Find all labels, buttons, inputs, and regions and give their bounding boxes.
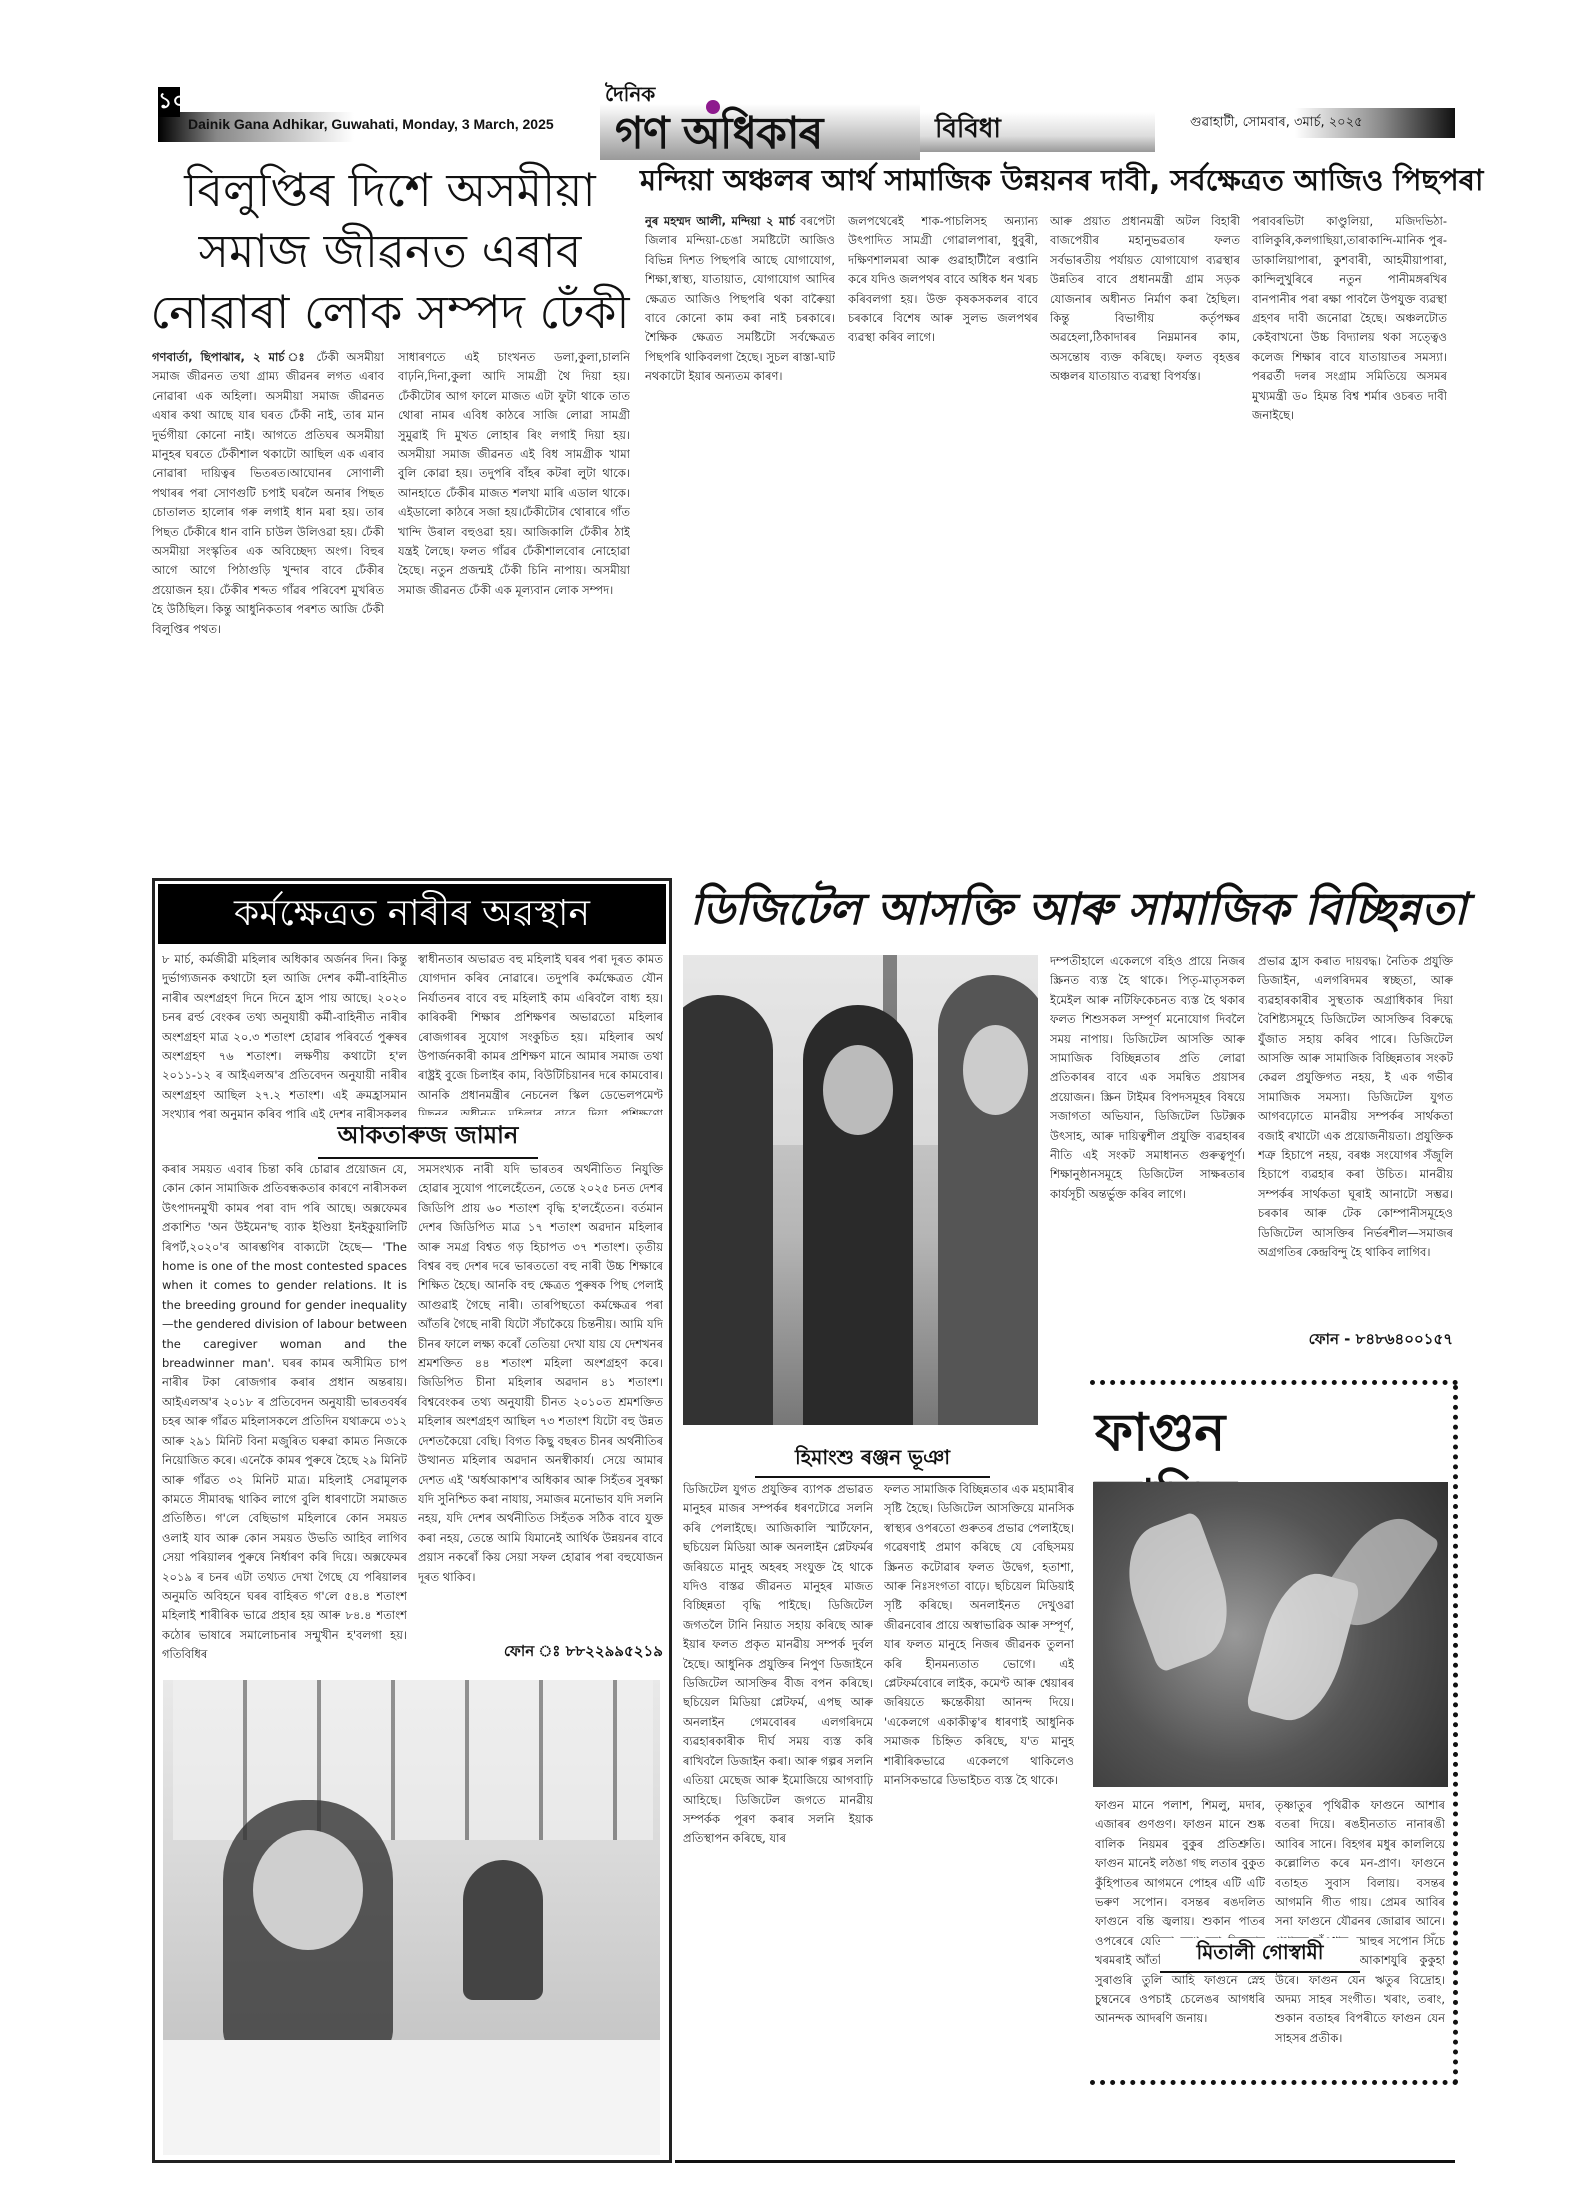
palash-flowers-photo <box>1093 1482 1448 1787</box>
dheki-body-1: ঢেঁকী অসমীয়া সমাজ জীৱনত তথা গ্ৰাম্য জীৱ… <box>152 350 384 636</box>
digital-body-b: প্ৰভাৱ হ্ৰাস কৰাত দায়বদ্ধ। নৈতিক প্ৰযুক… <box>1258 954 1453 1259</box>
dheki-col-2: সাধাৰণতে এই চাংখনত ডলা,কুলা,চালনি বাঢ়নি… <box>398 348 630 868</box>
headline-mandia: মন্দিয়া অঞ্চলৰ আৰ্থ সামাজিক উন্নয়নৰ দা… <box>640 160 1450 200</box>
mandia-dateline: নুৰ মহম্মদ আলী, মন্দিয়া ২ মাৰ্চ <box>645 214 795 228</box>
women-article-banner: কৰ্মক্ষেত্ৰত নাৰীৰ অৱস্থান <box>158 884 666 944</box>
fagun-col-2: তৃষ্ণাতুৰ পৃথিৱীক ফাগুনে আশাৰ বতৰা দিয়ে… <box>1275 1796 1445 2076</box>
dheki-body-2: সাধাৰণতে এই চাংখনত ডলা,কুলা,চালনি বাঢ়নি… <box>398 350 630 597</box>
women-col-1b: কৰাৰ সময়ত এবাৰ চিন্তা কৰি চোৱাৰ প্ৰয়োজ… <box>162 1160 407 1660</box>
women-body-1: ৮ মাৰ্চ, কৰ্মজীৱী মহিলাৰ অধিকাৰ অৰ্জনৰ দ… <box>162 952 407 1120</box>
women-office-photo <box>163 1680 660 2155</box>
women-body-2: স্বাধীনতাৰ অভাৱত বহু মহিলাই ঘৰৰ পৰা দূৰত… <box>418 952 663 1115</box>
fagun-col-1: ফাগুন মানে পলাশ, শিমলু, মদাৰ, এজাৰৰ গুণগ… <box>1095 1796 1265 2076</box>
section-label: বিবিধা <box>935 108 1001 152</box>
fagun-author: মিতালী গোস্বামী <box>1160 1938 1360 1973</box>
mandia-body-1: বৰপেটা জিলাৰ মন্দিয়া-চেঙা সমষ্টিটো আজিও… <box>645 214 835 383</box>
digital-body-a: দম্পতীহালে একেলগে বহিও প্ৰায়ে নিজৰ স্ক্… <box>1050 954 1245 1201</box>
page-number: ১০ <box>158 87 180 117</box>
women-phone: ফোন ঃ ৮৮২২৯৯৫২১৯ <box>418 1640 663 1665</box>
headline-digital: ডিজিটেল আসক্তি আৰু সামাজিক বিচ্ছিন্নতা <box>690 880 1450 940</box>
fagun-body-2: তৃষ্ণাতুৰ পৃথিৱীক ফাগুনে আশাৰ বতৰা দিয়ে… <box>1275 1798 1445 2045</box>
mandia-col-2: জলপথেৰেই শাক-পাচলিসহ অন্যান্য উৎপাদিত সা… <box>848 212 1038 862</box>
women-col-1: ৮ মাৰ্চ, কৰ্মজীৱী মহিলাৰ অধিকাৰ অৰ্জনৰ দ… <box>162 950 407 1120</box>
logo-figures-icon <box>706 100 720 114</box>
fagun-top-border <box>1090 1380 1458 1385</box>
women-body-2b: সমসংখ্যক নাৰী যদি ভাৰতৰ অৰ্থনীতিত নিযুক্… <box>418 1162 663 1584</box>
digital-author: হিমাংশু ৰঞ্জন ভূঞা <box>755 1443 990 1478</box>
mandia-body-4: পৰাবৰভিটা কাণ্ডুলিয়া, মজিদভিঠা-বালিকুৰি… <box>1252 214 1447 422</box>
digital-col-b: প্ৰভাৱ হ্ৰাস কৰাত দায়বদ্ধ। নৈতিক প্ৰযুক… <box>1258 952 1453 1322</box>
headline-dheki: বিলুপ্তিৰ দিশে অসমীয়া সমাজ জীৱনত এৰাব ন… <box>150 160 630 343</box>
assamese-dateline: গুৱাহাটী, সোমবাৰ, ৩মাৰ্চ, ২০২৫ <box>1190 113 1363 134</box>
women-col-2b: সমসংখ্যক নাৰী যদি ভাৰতৰ অৰ্থনীতিত নিযুক্… <box>418 1160 663 1630</box>
digital-col-d: ফলত সামাজিক বিচ্ছিন্নতাৰ এক মহামাৰীৰ সৃষ… <box>884 1480 1074 2160</box>
fagun-body-1: ফাগুন মানে পলাশ, শিমলু, মদাৰ, এজাৰৰ গুণগ… <box>1095 1798 1265 2025</box>
bottom-rule <box>675 2160 1455 2163</box>
dheki-dateline: গণবাৰ্তা, ছিপাঝাৰ, ২ মাৰ্চ ঃ <box>152 350 309 364</box>
digital-body-c: ডিজিটেল যুগত প্ৰযুক্তিৰ ব্যাপক প্ৰভাৱত ম… <box>683 1482 873 1845</box>
digital-col-c: ডিজিটেল যুগত প্ৰযুক্তিৰ ব্যাপক প্ৰভাৱত ম… <box>683 1480 873 2160</box>
mandia-col-1: নুৰ মহম্মদ আলী, মন্দিয়া ২ মাৰ্চ বৰপেটা … <box>645 212 835 862</box>
women-author: আকতাৰুজ জামান <box>318 1117 538 1159</box>
mandia-col-3: আৰু প্ৰয়াত প্ৰধানমন্ত্ৰী অটল বিহাৰী বাজ… <box>1050 212 1240 862</box>
teens-phones-photo <box>683 955 1038 1425</box>
dheki-col-1: গণবাৰ্তা, ছিপাঝাৰ, ২ মাৰ্চ ঃ ঢেঁকী অসমীয… <box>152 348 384 868</box>
digital-phone: ফোন - ৮৪৮৬৪০০১৫৭ <box>1258 1328 1453 1353</box>
mandia-body-2: জলপথেৰেই শাক-পাচলিসহ অন্যান্য উৎপাদিত সা… <box>848 214 1038 344</box>
women-col-2: স্বাধীনতাৰ অভাৱত বহু মহিলাই ঘৰৰ পৰা দূৰত… <box>418 950 663 1115</box>
women-body-1b: কৰাৰ সময়ত এবাৰ চিন্তা কৰি চোৱাৰ প্ৰয়োজ… <box>162 1162 407 1660</box>
digital-body-d: ফলত সামাজিক বিচ্ছিন্নতাৰ এক মহামাৰীৰ সৃষ… <box>884 1482 1074 1787</box>
digital-col-a: দম্পতীহালে একেলগে বহিও প্ৰায়ে নিজৰ স্ক্… <box>1050 952 1245 1322</box>
mandia-body-3: আৰু প্ৰয়াত প্ৰধানমন্ত্ৰী অটল বিহাৰী বাজ… <box>1050 214 1240 383</box>
mandia-col-4: পৰাবৰভিটা কাণ্ডুলিয়া, মজিদভিঠা-বালিকুৰি… <box>1252 212 1447 862</box>
english-dateline: Dainik Gana Adhikar, Guwahati, Monday, 3… <box>188 116 554 132</box>
